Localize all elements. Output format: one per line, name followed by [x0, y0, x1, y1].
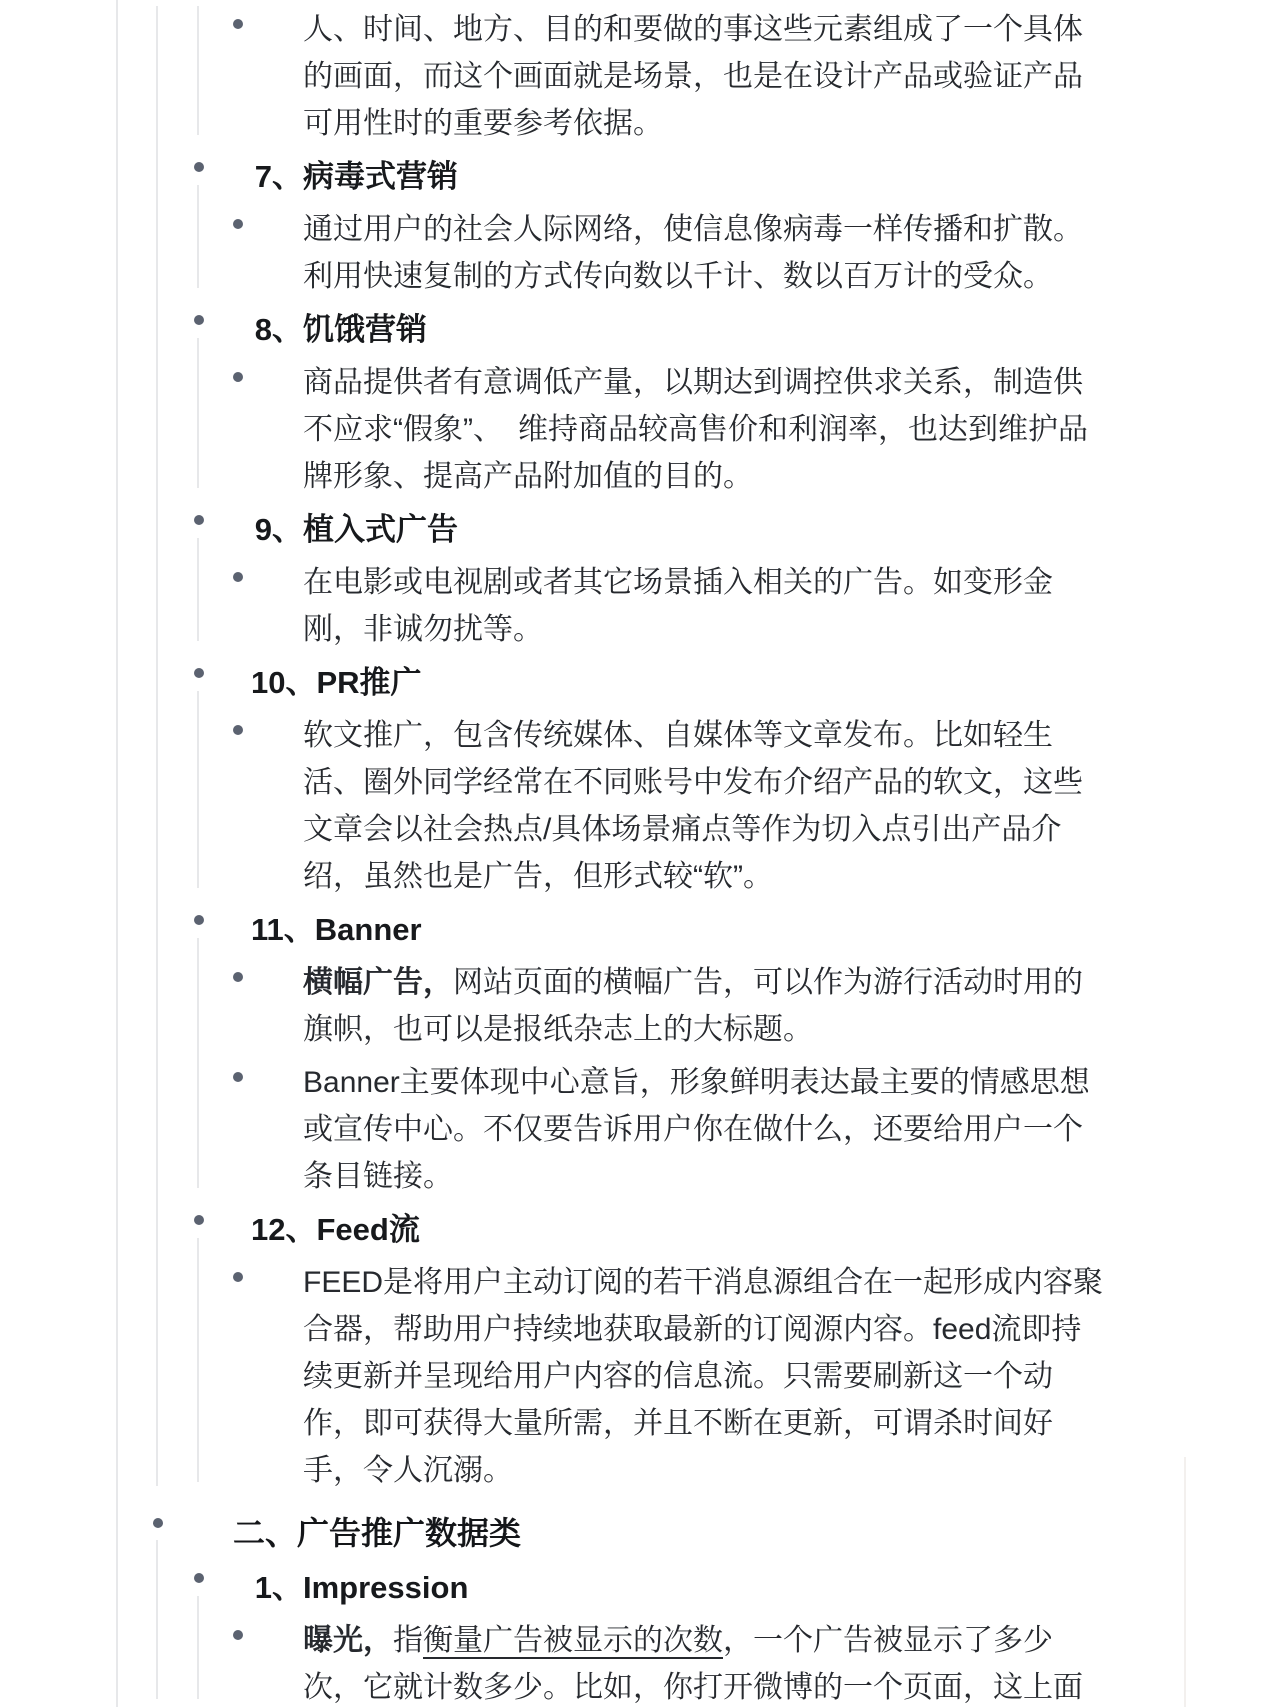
item-number: 8、 [251, 306, 303, 353]
underlined-run: 衡量广告被显示的次数 [423, 1624, 723, 1657]
outline-document-page: 人、时间、地方、目的和要做的事这些元素组成了一个具体 的画面，而这个画面就是场景… [0, 0, 1280, 1707]
item-title: Banner [315, 912, 422, 947]
bold-run: 曝光， [303, 1624, 393, 1657]
item-title: 饥饿营销 [303, 312, 427, 347]
bullet-handle[interactable] [194, 315, 204, 325]
outline-node-heading-8: 8、饥饿营销 [0, 306, 1280, 353]
bullet-handle[interactable] [233, 1072, 243, 1082]
outline-node-heading-7: 7、病毒式营销 [0, 153, 1280, 200]
item-number: 12、 [251, 1206, 316, 1253]
node-text[interactable]: 9、植入式广告 [0, 506, 1280, 553]
item12-branch: 12、Feed流 FEED是将用户主动订阅的若干消息源组合在一起形成内容聚 合器… [0, 1206, 1280, 1494]
item6-children-wrapper: 人、时间、地方、目的和要做的事这些元素组成了一个具体 的画面，而这个画面就是场景… [0, 6, 1280, 147]
item-number: 7、 [251, 153, 303, 200]
bullet-handle[interactable] [233, 219, 243, 229]
node-text[interactable]: 8、饥饿营销 [0, 306, 1280, 353]
node-text[interactable]: Banner主要体现中心意旨，形象鲜明表达最主要的情感思想 或宣传中心。不仅要告… [0, 1059, 1280, 1200]
outline-node-body-7: 通过用户的社会人际网络，使信息像病毒一样传播和扩散。 利用快速复制的方式传向数以… [0, 206, 1280, 300]
item11-branch: 11、Banner 横幅广告，网站页面的横幅广告，可以作为游行活动时用的 旗帜，… [0, 906, 1280, 1200]
outline-node-body-11b: Banner主要体现中心意旨，形象鲜明表达最主要的情感思想 或宣传中心。不仅要告… [0, 1059, 1280, 1200]
node-text[interactable]: 在电影或电视剧或者其它场景插入相关的广告。如变形金 刚，非诚勿扰等。 [0, 559, 1280, 653]
node-text[interactable]: 通过用户的社会人际网络，使信息像病毒一样传播和扩散。 利用快速复制的方式传向数以… [0, 206, 1280, 300]
bullet-handle[interactable] [153, 1518, 163, 1528]
bullet-handle[interactable] [194, 915, 204, 925]
outline-node-heading-11: 11、Banner [0, 906, 1280, 953]
node-text[interactable]: 曝光，指衡量广告被显示的次数，一个广告被显示了多少 次，它就计数多少。比如，你打… [0, 1617, 1280, 1707]
outline-node-body-8: 商品提供者有意调低产量，以期达到调控供求关系，制造供 不应求“假象”、 维持商品… [0, 359, 1280, 500]
bullet-handle[interactable] [194, 515, 204, 525]
item-number: 1、 [251, 1564, 303, 1611]
bullet-handle[interactable] [233, 572, 243, 582]
node-text[interactable]: 7、病毒式营销 [0, 153, 1280, 200]
bullet-handle[interactable] [194, 668, 204, 678]
outline-node-body-10: 软文推广，包含传统媒体、自媒体等文章发布。比如轻生 活、圈外同学经常在不同账号中… [0, 712, 1280, 900]
node-text[interactable]: FEED是将用户主动订阅的若干消息源组合在一起形成内容聚 合器，帮助用户持续地获… [0, 1259, 1280, 1494]
node-text[interactable]: 1、Impression [0, 1564, 1280, 1611]
node-text[interactable]: 商品提供者有意调低产量，以期达到调控供求关系，制造供 不应求“假象”、 维持商品… [0, 359, 1280, 500]
outline-node-body-11a: 横幅广告，网站页面的横幅广告，可以作为游行活动时用的 旗帜，也可以是报纸杂志上的… [0, 959, 1280, 1053]
outline-node-intro: 人、时间、地方、目的和要做的事这些元素组成了一个具体 的画面，而这个画面就是场景… [0, 6, 1280, 147]
section-number: 二、 [213, 1508, 297, 1558]
section-two-branch: 二、广告推广数据类 1、Impression 曝光，指衡量广告被显示的次数，一个… [0, 1508, 1280, 1707]
outline-node-body-12: FEED是将用户主动订阅的若干消息源组合在一起形成内容聚 合器，帮助用户持续地获… [0, 1259, 1280, 1494]
item-title: 病毒式营销 [303, 159, 458, 194]
bullet-handle[interactable] [194, 1573, 204, 1583]
outline-node-heading-12: 12、Feed流 [0, 1206, 1280, 1253]
bullet-handle[interactable] [194, 1215, 204, 1225]
outline-node-heading-section2: 二、广告推广数据类 [0, 1508, 1280, 1558]
bullet-handle[interactable] [233, 1272, 243, 1282]
item-title: 植入式广告 [303, 512, 458, 547]
item-number: 9、 [251, 506, 303, 553]
outline-node-heading-10: 10、PR推广 [0, 659, 1280, 706]
outline-node-body-impression: 曝光，指衡量广告被显示的次数，一个广告被显示了多少 次，它就计数多少。比如，你打… [0, 1617, 1280, 1707]
outline-node-heading-impression: 1、Impression [0, 1564, 1280, 1611]
section-title: 广告推广数据类 [297, 1515, 521, 1551]
bullet-handle[interactable] [233, 19, 243, 29]
item-title: Feed流 [316, 1212, 419, 1247]
node-text[interactable]: 11、Banner [0, 906, 1280, 953]
section-one-children-wrapper: 人、时间、地方、目的和要做的事这些元素组成了一个具体 的画面，而这个画面就是场景… [0, 6, 1280, 1494]
text-run: 指 [393, 1624, 423, 1657]
bold-run: 横幅广告， [303, 966, 453, 999]
node-text[interactable]: 10、PR推广 [0, 659, 1280, 706]
node-text[interactable]: 二、广告推广数据类 [0, 1508, 1280, 1558]
node-text[interactable]: 12、Feed流 [0, 1206, 1280, 1253]
bullet-handle[interactable] [233, 1630, 243, 1640]
item7-branch: 7、病毒式营销 通过用户的社会人际网络，使信息像病毒一样传播和扩散。 利用快速复… [0, 153, 1280, 300]
bullet-handle[interactable] [233, 725, 243, 735]
item-number: 11、 [251, 906, 315, 953]
outline-node-heading-9: 9、植入式广告 [0, 506, 1280, 553]
item-title: Impression [303, 1570, 468, 1605]
bullet-handle[interactable] [233, 372, 243, 382]
bullet-handle[interactable] [194, 162, 204, 172]
bullet-handle[interactable] [233, 972, 243, 982]
node-text[interactable]: 软文推广，包含传统媒体、自媒体等文章发布。比如轻生 活、圈外同学经常在不同账号中… [0, 712, 1280, 900]
node-text[interactable]: 人、时间、地方、目的和要做的事这些元素组成了一个具体 的画面，而这个画面就是场景… [0, 6, 1280, 147]
outline-node-body-9: 在电影或电视剧或者其它场景插入相关的广告。如变形金 刚，非诚勿扰等。 [0, 559, 1280, 653]
item-title: PR推广 [316, 665, 421, 700]
item-number: 10、 [251, 659, 316, 706]
impression-branch: 1、Impression 曝光，指衡量广告被显示的次数，一个广告被显示了多少 次… [0, 1564, 1280, 1707]
item8-branch: 8、饥饿营销 商品提供者有意调低产量，以期达到调控供求关系，制造供 不应求“假象… [0, 306, 1280, 500]
node-text[interactable]: 横幅广告，网站页面的横幅广告，可以作为游行活动时用的 旗帜，也可以是报纸杂志上的… [0, 959, 1280, 1053]
item9-branch: 9、植入式广告 在电影或电视剧或者其它场景插入相关的广告。如变形金 刚，非诚勿扰… [0, 506, 1280, 653]
item10-branch: 10、PR推广 软文推广，包含传统媒体、自媒体等文章发布。比如轻生 活、圈外同学… [0, 659, 1280, 900]
